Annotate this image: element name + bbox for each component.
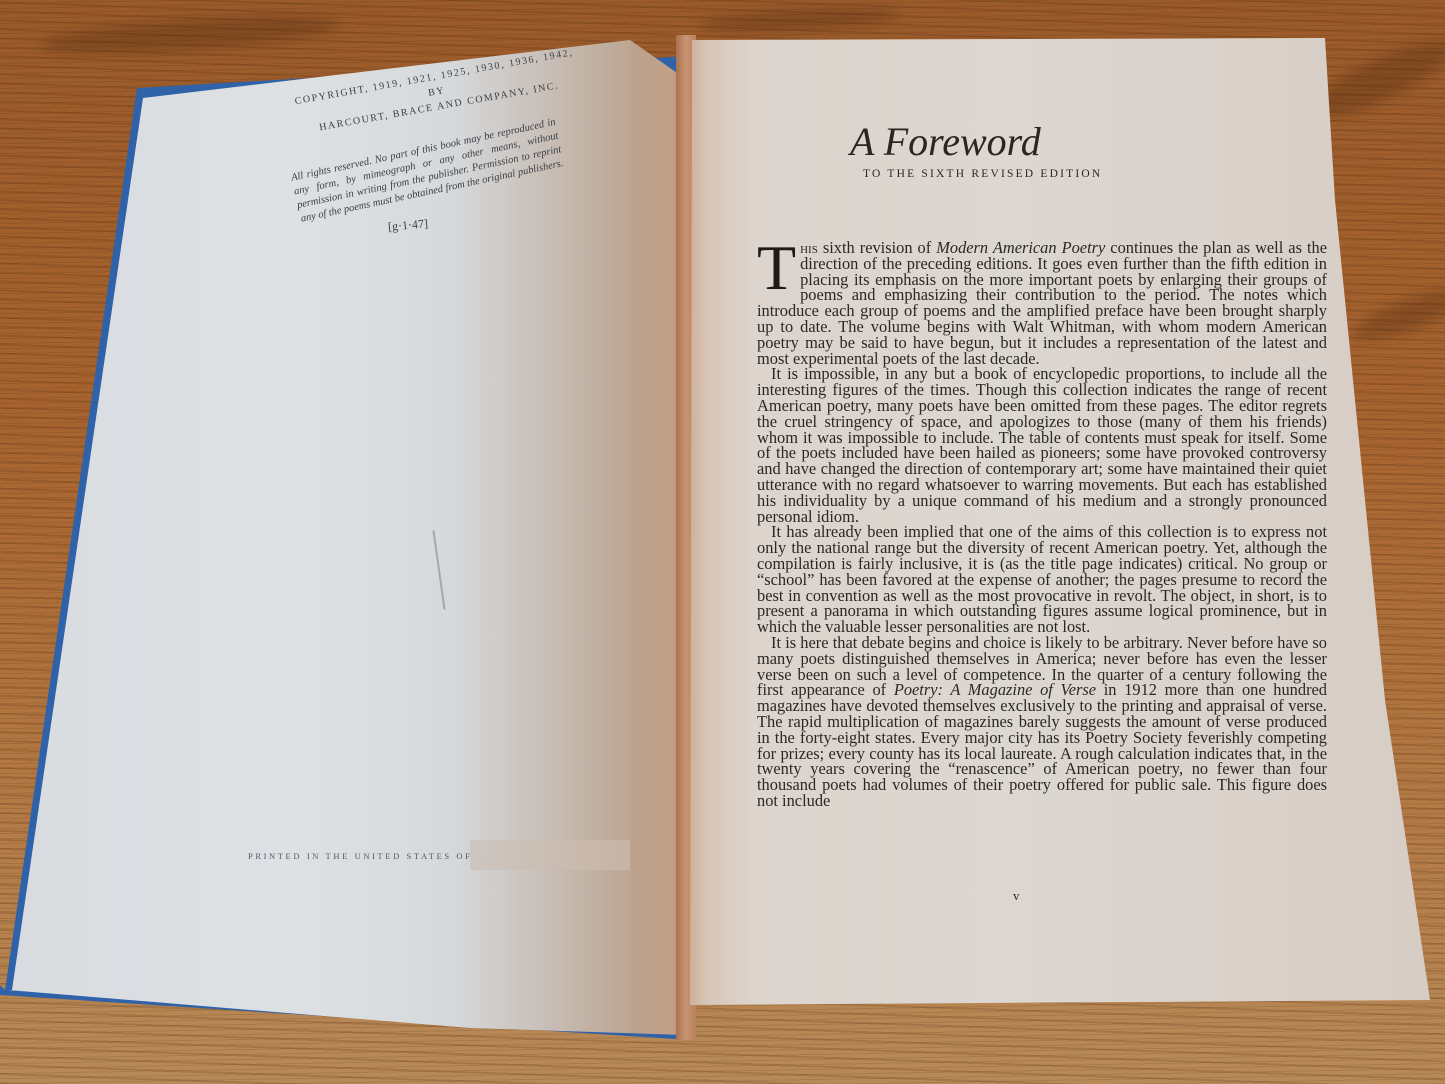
wood-grain	[39, 10, 340, 61]
page-subtitle: TO THE SIXTH REVISED EDITION	[863, 168, 1102, 180]
text-run: continues the plan as well as the direct…	[757, 238, 1327, 368]
page-title: A Foreword	[850, 118, 1210, 165]
wood-grain	[1348, 280, 1445, 349]
foreword-body: This sixth revision of Modern American P…	[757, 240, 1327, 809]
wood-grain	[700, 5, 901, 35]
paragraph-1: This sixth revision of Modern American P…	[757, 240, 1327, 366]
paragraph-3: It has already been implied that one of …	[757, 524, 1327, 635]
paragraph-4: It is here that debate begins and choice…	[757, 635, 1327, 809]
text-run: in 1912 more than one hundred magazines …	[757, 680, 1327, 810]
paragraph-2: It is impossible, in any but a book of e…	[757, 366, 1327, 524]
page-number: v	[1013, 888, 1020, 904]
drop-cap: T	[757, 242, 796, 294]
page-edge-shadow	[470, 840, 630, 870]
